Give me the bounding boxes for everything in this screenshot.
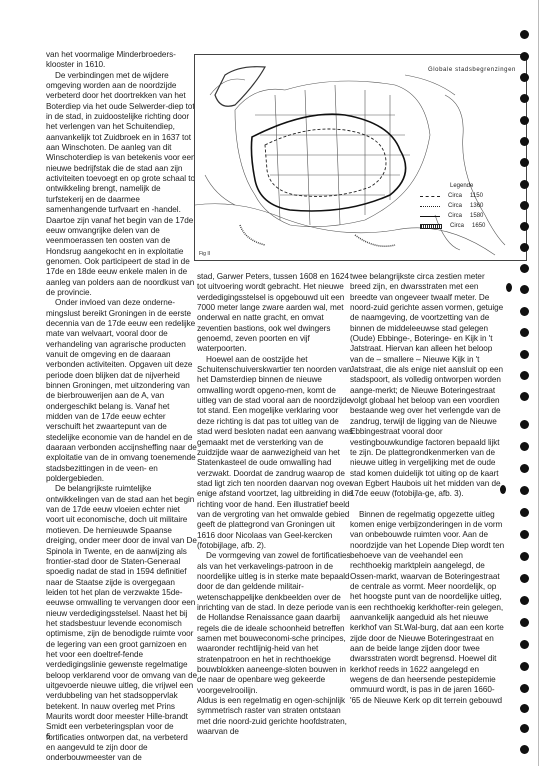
- paragraph: stad, Garwer Peters, tussen 1608 en 1624…: [197, 272, 353, 355]
- punch-hole-icon: [520, 307, 529, 316]
- binder-ring-mark-icon: [506, 283, 512, 292]
- punch-hole-icon: [520, 264, 529, 273]
- binder-holes: [518, 0, 543, 766]
- dashed-line-icon: [420, 196, 440, 197]
- map-figure: Globale stadsbegrenzingen Legende Circa …: [194, 54, 527, 261]
- binder-ring-mark-icon: [500, 485, 506, 494]
- punch-hole-icon: [520, 724, 529, 733]
- text-column-1: van het voormalige Minderbroeders-kloost…: [46, 50, 198, 764]
- punch-hole-icon: [520, 180, 529, 189]
- punch-hole-icon: [520, 684, 529, 693]
- hatched-box-icon: [420, 224, 442, 229]
- legend-title: Legende: [450, 181, 485, 191]
- punch-hole-icon: [520, 420, 529, 429]
- dotted-line-icon: [420, 206, 440, 207]
- punch-hole-icon: [520, 73, 529, 82]
- paragraph: Hoewel aan de oostzijde het Schuitenschu…: [197, 355, 353, 552]
- punch-hole-icon: [520, 137, 529, 146]
- paragraph: Binnen de regelmatig opgezette uitleg ko…: [350, 510, 505, 707]
- paragraph: van het voormalige Minderbroeders-kloost…: [46, 50, 198, 71]
- punch-hole-icon: [520, 328, 529, 337]
- punch-hole-icon: [520, 552, 529, 561]
- map-legend: Legende Circa 1150 Circa 1360 Circa 1580…: [420, 181, 485, 231]
- text-column-3: twee belangrijkste circa zestien meter b…: [350, 272, 505, 706]
- punch-hole-icon: [520, 222, 529, 231]
- punch-hole-icon: [520, 574, 529, 583]
- solid-line-icon: [420, 216, 440, 217]
- paragraph: De vormgeving van zowel de fortificaties…: [197, 551, 353, 696]
- paragraph: De verbindingen met de wijdere omgeving …: [46, 71, 198, 299]
- legend-item-1650: Circa 1650: [420, 221, 485, 231]
- punch-hole-icon: [520, 486, 529, 495]
- punch-hole-icon: [520, 662, 529, 671]
- punch-hole-icon: [520, 201, 529, 210]
- punch-hole-icon: [520, 285, 529, 294]
- legend-item-1580: Circa 1580: [420, 211, 485, 221]
- punch-hole-icon: [520, 52, 529, 61]
- legend-item-1360: Circa 1360: [420, 201, 485, 211]
- legend-item-1150: Circa 1150: [420, 191, 485, 201]
- punch-hole-icon: [520, 158, 529, 167]
- page-number: 6: [46, 732, 50, 741]
- paragraph: Onder invloed van deze onderne-mingslust…: [46, 298, 198, 484]
- punch-hole-icon: [520, 116, 529, 125]
- figure-title: Globale stadsbegrenzingen: [428, 67, 516, 73]
- punch-hole-icon: [520, 371, 529, 380]
- punch-hole-icon: [520, 350, 529, 359]
- punch-hole-icon: [520, 30, 529, 39]
- punch-hole-icon: [520, 704, 529, 713]
- punch-hole-icon: [520, 618, 529, 627]
- punch-hole-icon: [520, 745, 529, 754]
- punch-hole-icon: [520, 392, 529, 401]
- text-column-2: stad, Garwer Peters, tussen 1608 en 1624…: [197, 272, 353, 737]
- punch-hole-icon: [520, 508, 529, 517]
- punch-hole-icon: [520, 442, 529, 451]
- page-edge-divider: [538, 0, 539, 766]
- punch-hole-icon: [520, 94, 529, 103]
- punch-hole-icon: [520, 243, 529, 252]
- paragraph: De belangrijkste ruimtelijke ontwikkelin…: [46, 484, 198, 763]
- punch-hole-icon: [520, 530, 529, 539]
- punch-hole-icon: [520, 464, 529, 473]
- paragraph: twee belangrijkste circa zestien meter b…: [350, 272, 505, 500]
- punch-hole-icon: [520, 640, 529, 649]
- paragraph: Aldus is een regelmatig en ogen-schijnli…: [197, 696, 353, 737]
- figure-label: Fig II: [199, 251, 210, 257]
- punch-hole-icon: [520, 596, 529, 605]
